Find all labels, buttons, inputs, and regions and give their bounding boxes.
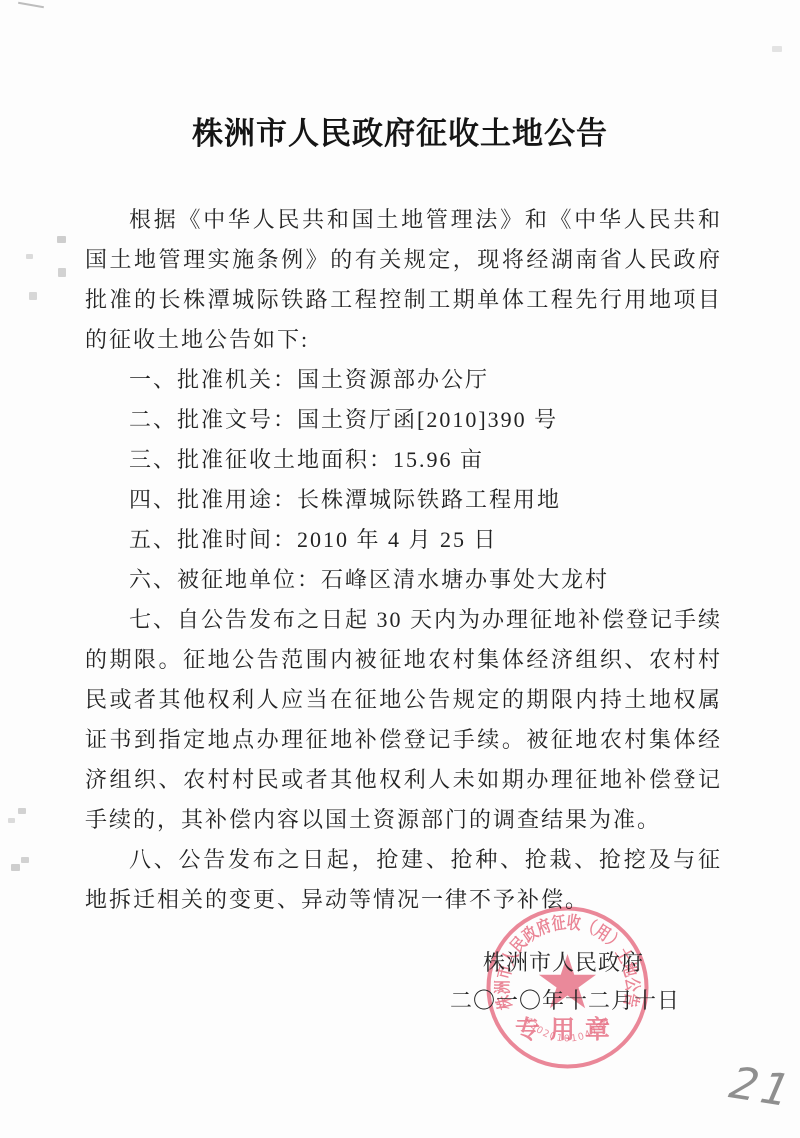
- item-2-approval-number: 二、批准文号：国土资厅函[2010]390 号: [85, 400, 722, 440]
- item-6-expropriated-unit: 六、被征地单位：石峰区清水塘办事处大龙村: [85, 560, 722, 600]
- document-body: 根据《中华人民共和国土地管理法》和《中华人民共和国土地管理实施条例》的有关规定，…: [85, 200, 722, 920]
- item-5-approval-date: 五、批准时间：2010 年 4 月 25 日: [85, 520, 722, 560]
- item-4-approved-use: 四、批准用途：长株潭城际铁路工程用地: [85, 480, 722, 520]
- item-7-registration-terms: 七、自公告发布之日起 30 天内为办理征地补偿登记手续的期限。征地公告范围内被征…: [85, 600, 722, 840]
- scan-speck: [18, 808, 26, 814]
- scan-speck: [8, 818, 15, 823]
- scanned-document-page: 株洲市人民政府征收土地公告 根据《中华人民共和国土地管理法》和《中华人民共和国土…: [0, 0, 800, 1138]
- scan-speck: [21, 857, 29, 863]
- scan-speck: [11, 864, 20, 871]
- scan-speck: [772, 46, 782, 52]
- scan-speck: [57, 236, 66, 243]
- signature-date: 二〇一〇年十二月十日: [450, 984, 680, 1015]
- signature-organization: 株洲市人民政府: [483, 946, 644, 977]
- handwritten-page-number: 21: [720, 1058, 800, 1116]
- scan-speck: [58, 268, 66, 277]
- scan-speck: [26, 254, 33, 259]
- document-title: 株洲市人民政府征收土地公告: [0, 0, 800, 158]
- paragraph-intro: 根据《中华人民共和国土地管理法》和《中华人民共和国土地管理实施条例》的有关规定，…: [85, 200, 722, 360]
- scan-speck: [29, 292, 37, 300]
- item-1-approving-authority: 一、批准机关：国土资源部办公厅: [85, 360, 722, 400]
- item-3-land-area: 三、批准征收土地面积：15.96 亩: [85, 440, 722, 480]
